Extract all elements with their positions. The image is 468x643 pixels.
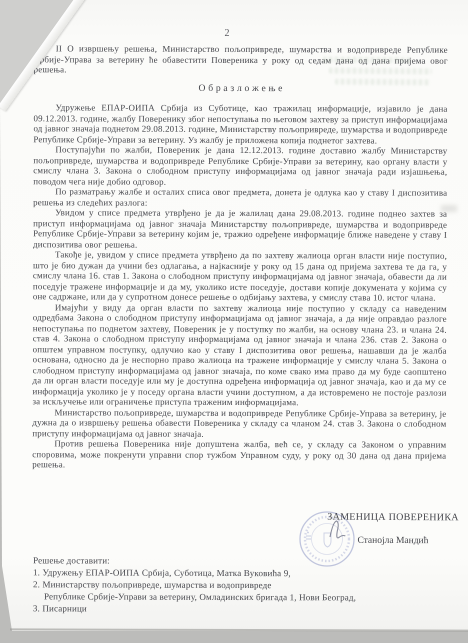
page-number: 2	[0, 28, 454, 39]
distribution-item: 2. Министарству пољопривреде, шумарства …	[33, 579, 433, 592]
rationale-paragraph: Такође је, увидом у списе предмета утврђ…	[33, 249, 447, 303]
scanner-background: { "document": { "page_number": "2", "int…	[0, 0, 468, 643]
distribution-list: Решење доставити: 1. Удружењу ЕПАР-ОИПА …	[33, 555, 433, 616]
distribution-item: 3. Писарници	[33, 603, 433, 616]
stamp-side-marks	[306, 532, 311, 539]
rationale-paragraph: Поступајући по жалби, Повереник је дана …	[33, 144, 447, 187]
page-bottom-edge	[10, 628, 468, 631]
scanned-page: 2 II О извршењу решења, Министарство пољ…	[0, 0, 468, 631]
scan-smudge-artifact	[441, 205, 457, 212]
round-official-stamp	[294, 506, 364, 576]
rationale-paragraph: Удружење ЕПАР-ОИПА Србија из Суботице, к…	[33, 102, 447, 145]
decision-text: II О извршењу решења, Министарство пољоп…	[32, 43, 447, 471]
handwritten-signature-stroke	[330, 521, 345, 538]
rationale-paragraph: По разматрању жалбе и осталих списа овог…	[33, 186, 447, 208]
ink-bleed-artifact	[323, 57, 413, 64]
ink-bleed-artifact	[329, 68, 432, 75]
rationale-paragraph: Имајући у виду да орган власти по захтев…	[32, 302, 446, 408]
ink-bleed-artifact	[335, 79, 430, 86]
distribution-item-continuation: Републике Србије-Управи за ветерину, Омл…	[33, 591, 433, 604]
rationale-paragraph: Министарство пољопривреде, шумарства и в…	[32, 407, 446, 440]
legal-remedy-paragraph: Против решења Повереника није допуштена …	[32, 438, 446, 471]
rationale-paragraph: Увидом у списе предмета утврђено је да ј…	[33, 207, 447, 250]
